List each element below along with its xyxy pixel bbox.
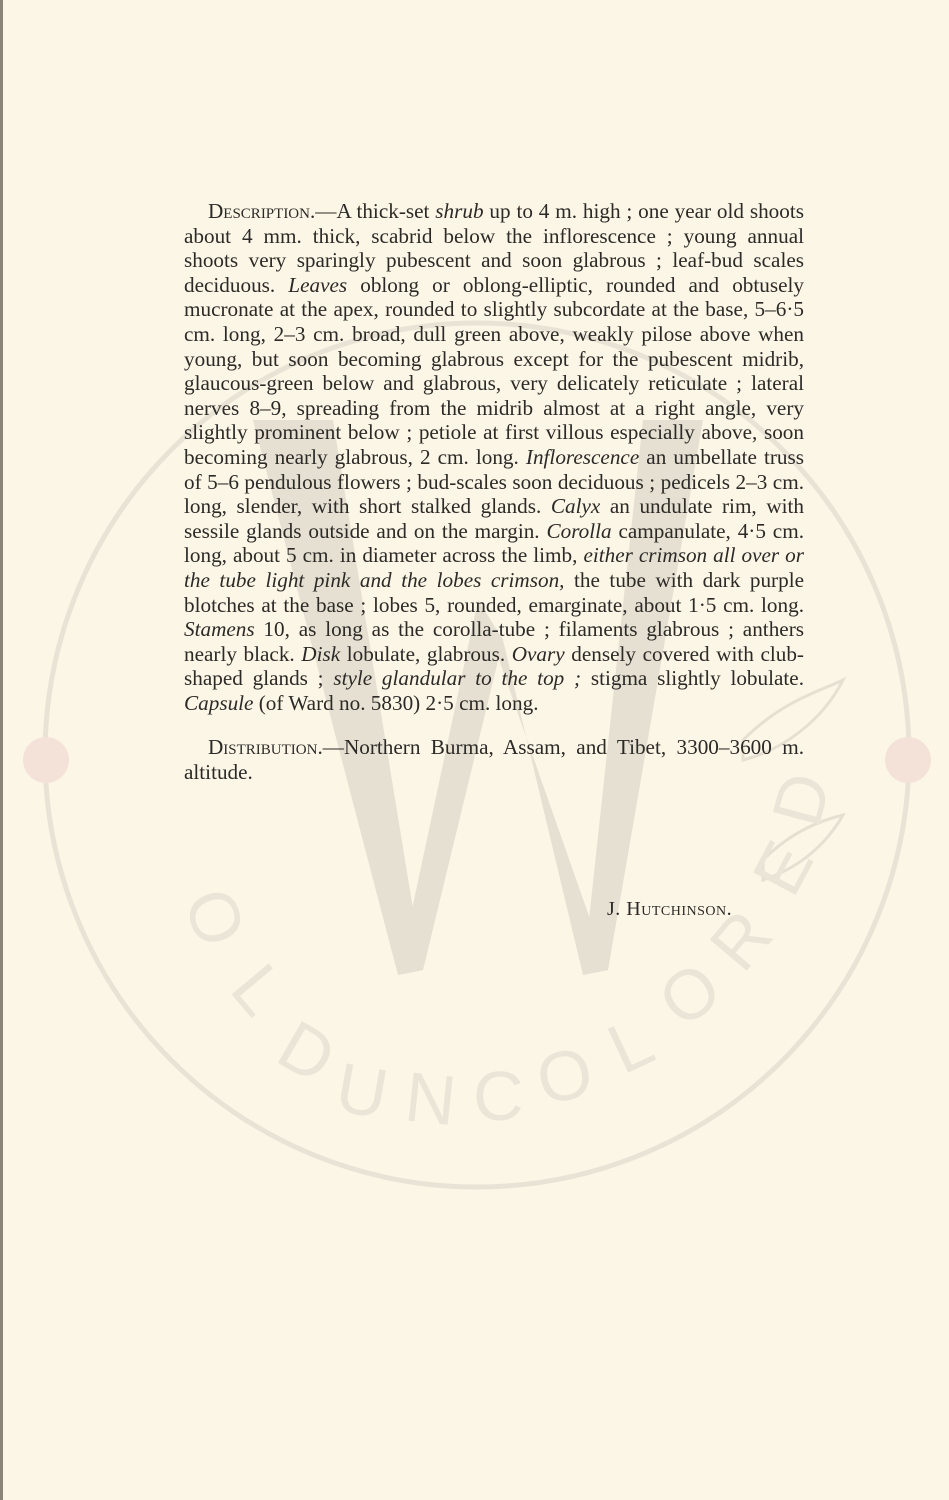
term-disk: Disk bbox=[301, 642, 340, 666]
author-signature: J. Hutchinson. bbox=[607, 898, 732, 921]
svg-text:N: N bbox=[401, 1057, 459, 1140]
document-page: U N C O L O R E D O L D Description.—A t… bbox=[0, 0, 949, 1500]
term-corolla: Corolla bbox=[546, 519, 611, 543]
watermark-dot-left bbox=[23, 737, 69, 783]
svg-text:O: O bbox=[644, 947, 735, 1042]
svg-text:U: U bbox=[330, 1048, 393, 1134]
term-stamens: Stamens bbox=[184, 617, 255, 641]
svg-text:L: L bbox=[596, 1001, 664, 1088]
svg-text:D: D bbox=[266, 1005, 349, 1098]
watermark-ring-text: U N C O L O R E D O L D bbox=[169, 765, 846, 1140]
term-leaves: Leaves bbox=[288, 273, 347, 297]
svg-text:O: O bbox=[530, 1032, 599, 1120]
svg-text:O: O bbox=[169, 878, 261, 956]
term-inflorescence: Inflorescence bbox=[526, 445, 639, 469]
term-calyx: Calyx bbox=[551, 494, 600, 518]
distribution-heading: Distribution. bbox=[208, 735, 323, 759]
watermark-dot-right bbox=[885, 737, 931, 783]
distribution-paragraph: Distribution.—Northern Burma, Assam, and… bbox=[184, 735, 804, 784]
description-paragraph: Description.—A thick-set shrub up to 4 m… bbox=[184, 199, 804, 715]
seg: A thick-set bbox=[336, 199, 435, 223]
svg-text:E: E bbox=[737, 829, 828, 907]
description-heading: Description. bbox=[208, 199, 315, 223]
style-note: style glandular to the top ; bbox=[333, 666, 581, 690]
svg-text:L: L bbox=[217, 950, 302, 1030]
species-description-text: Description.—A thick-set shrub up to 4 m… bbox=[184, 199, 804, 785]
term-capsule: Capsule bbox=[184, 691, 253, 715]
term-ovary: Ovary bbox=[512, 642, 565, 666]
svg-text:C: C bbox=[473, 1057, 524, 1135]
term-shrub: shrub bbox=[435, 199, 483, 223]
